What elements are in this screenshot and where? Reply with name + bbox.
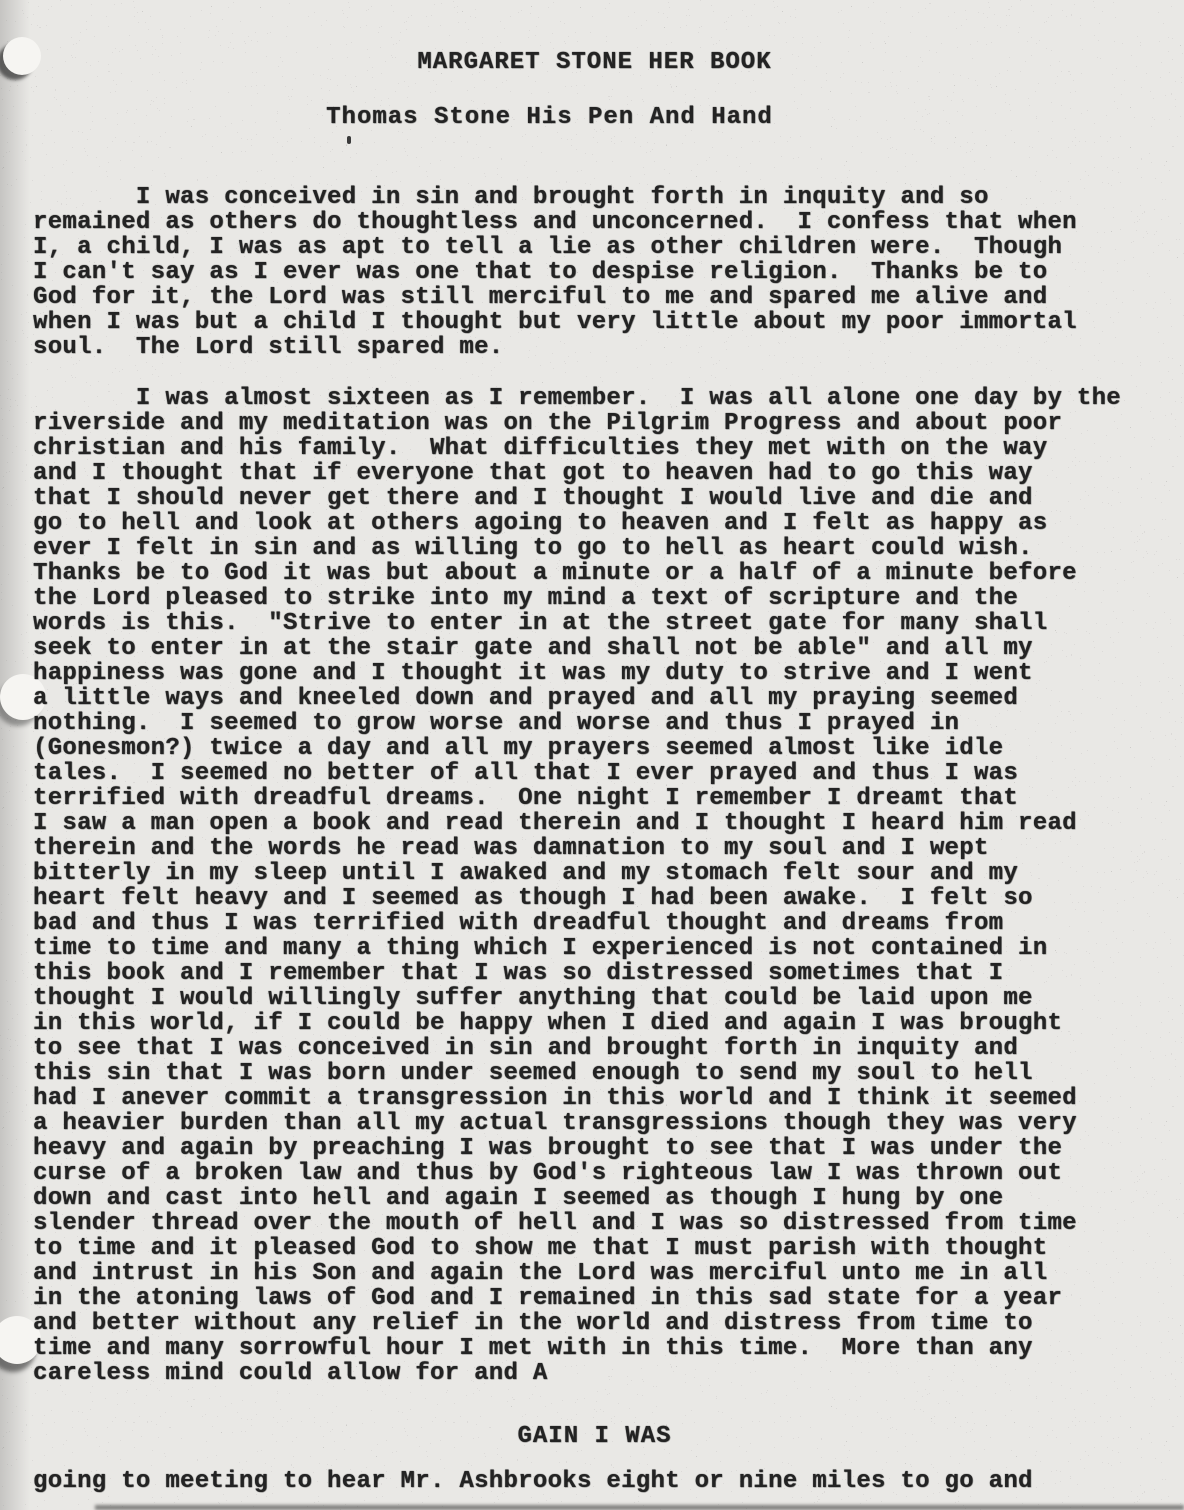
scan-bottom-edge bbox=[95, 1505, 1184, 1510]
body-paragraph-1: I was conceived in sin and brought forth… bbox=[33, 185, 1156, 360]
continuation-heading: GAIN I WAS bbox=[33, 1424, 1156, 1449]
document-subtitle: Thomas Stone His Pen And Hand bbox=[0, 105, 1111, 130]
body-paragraph-2: I was almost sixteen as I remember. I wa… bbox=[33, 386, 1156, 1386]
document-title: MARGARET STONE HER BOOK bbox=[33, 50, 1156, 75]
scanned-document-page: MARGARET STONE HER BOOK Thomas Stone His… bbox=[0, 0, 1184, 1510]
footer-line: going to meeting to hear Mr. Ashbrooks e… bbox=[33, 1469, 1156, 1494]
document-content: MARGARET STONE HER BOOK Thomas Stone His… bbox=[0, 0, 1184, 1494]
